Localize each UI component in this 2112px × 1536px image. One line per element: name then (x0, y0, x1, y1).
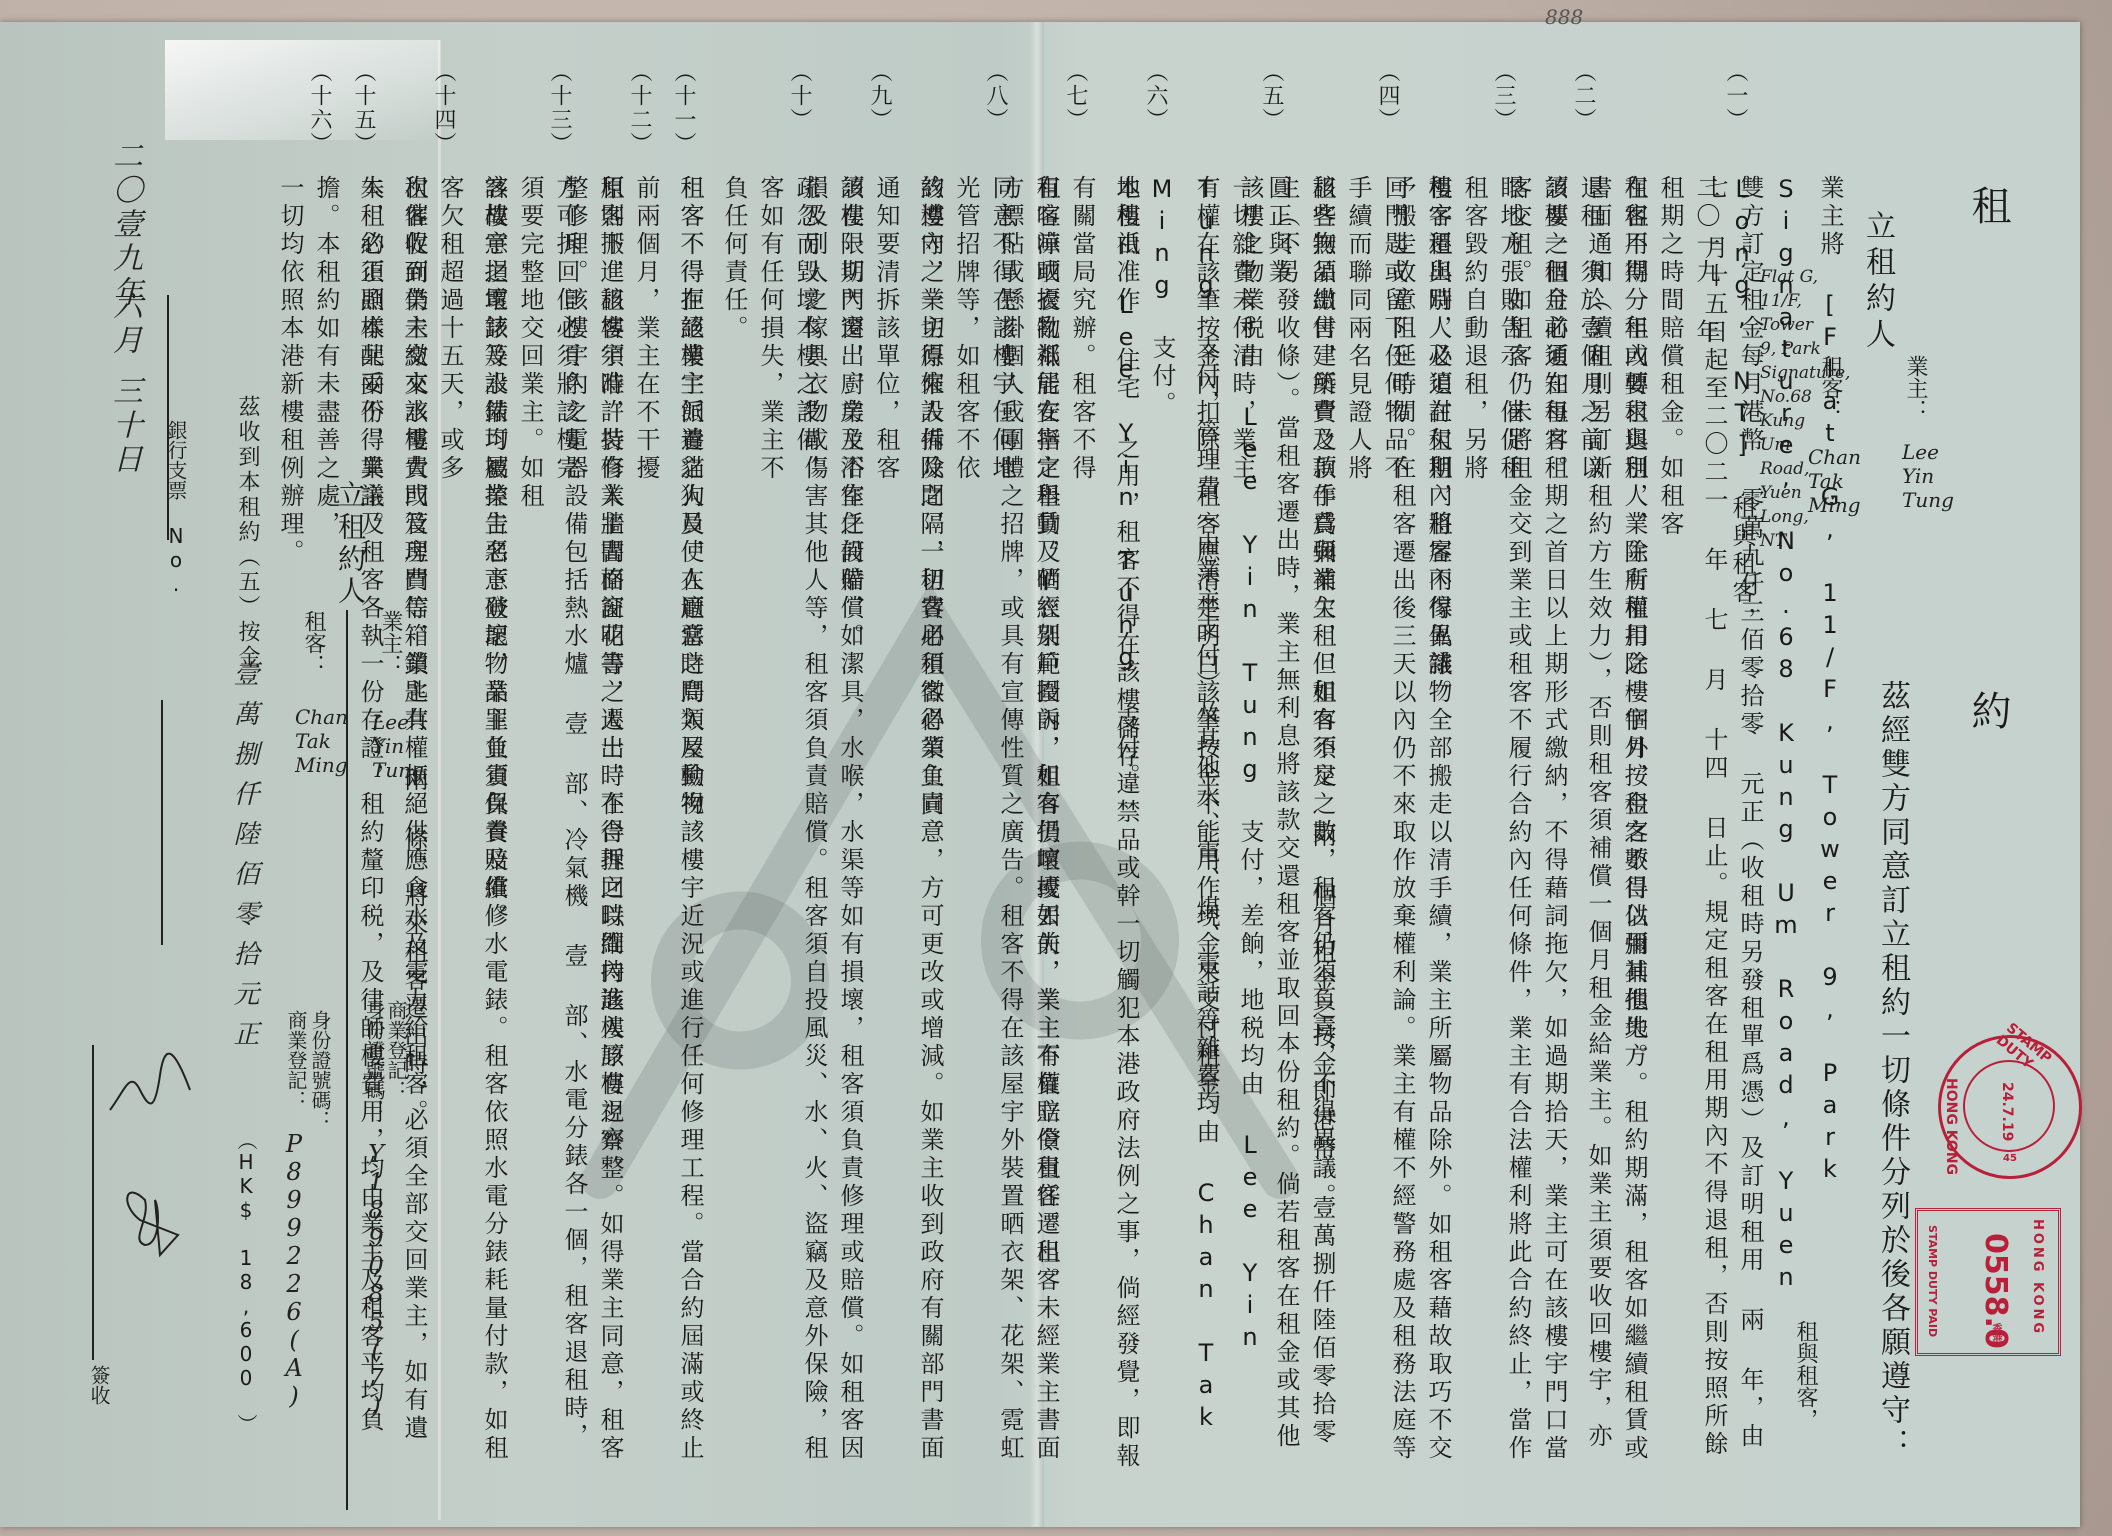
clause-number: （十四） (428, 60, 459, 156)
clause-number: （五） (1256, 60, 1287, 132)
clause-line: 予搬走故意阻延時間。在租客遷出後三天以內仍不來取作放棄權利論。業主有權不經警務處… (1336, 175, 1424, 1475)
stamp-box-chinese: 香港 (1988, 1323, 2003, 1343)
receipt-sign-label: 簽收 (85, 1365, 114, 1405)
clause-line: 該樓之物業税由 Lee Yin Tung 支付，差餉，地税均由 Lee Yin … (1140, 175, 1272, 1475)
stamp-round-code: 45 (2003, 1153, 2017, 1164)
clause-line: 租客不得拒絕業主派遣之人員，在適當時間入屋檢視該樓宇近況或進行任何修理工程。當合… (624, 175, 712, 1475)
parties-heading: 立租約人 (1855, 210, 1899, 354)
signatures-heading: 立租約人 (330, 480, 370, 608)
clause-line: 該樓宇之電錶及水錶均屬業主名下登記，業主負責保養及維修水電錶。租客依照水電分錶耗… (428, 175, 516, 1475)
clause-number: （十一） (668, 60, 699, 156)
date-day: 三十日 (102, 375, 146, 477)
glare (165, 40, 440, 140)
clause-number: （三） (1488, 60, 1519, 132)
stamp-box-side: STAMP DUTY PAID (1926, 1225, 1939, 1337)
clause-line: 整修理。該樓宇內之電器設備包括熱水爐 壹 部、冷氣機 壹 部、水電分錶各一個，租… (508, 175, 596, 1475)
clause-line: 七 月十五日起至二〇二一 年 七 月 十四 日止。規定租客在租用期內不得退租，否… (1648, 175, 1736, 1475)
sig-tenant-name: Chan Tak Ming (295, 705, 340, 777)
margin-note: 888 (1545, 5, 1583, 29)
clause-number: （十三） (544, 60, 575, 156)
clause-number: （一） (1720, 60, 1751, 132)
intro-statement: 茲經雙方同意訂立租約一切條件分列於後各願遵守： (1870, 680, 1914, 1462)
clause-number: （十二） (624, 60, 655, 156)
date-divider (167, 295, 169, 540)
sig-tenant-label: 租客： (298, 610, 329, 676)
clause-number: （七） (1060, 60, 1091, 132)
clause-number: （八） (980, 60, 1011, 132)
date-year: 二〇壹九年 (102, 140, 146, 310)
landlord-label: 業主： (1900, 355, 1931, 421)
receipt-sign-line (92, 1045, 94, 1360)
stamp-round-bottom: HONG KONG (1943, 1078, 1959, 1175)
document-title-char-2: 約 (1960, 690, 2017, 730)
clause-line: 負任何責任。 (712, 175, 756, 1475)
stamp-round-date: 24.7.19 (1999, 1082, 2015, 1141)
clause-number: （十） (784, 60, 815, 132)
landlord-name: Lee Yin Tung (1902, 440, 1942, 512)
clause-number: （二） (1568, 60, 1599, 132)
sig-tenant-id: P899226(A) (280, 1130, 308, 1410)
receipt-amount-hkd: （HK$ 18,600 ） (232, 1130, 261, 1434)
sig-landlord-name: Lee Yin Tung (372, 710, 412, 782)
clause-line: 該樓內之一切原來設備及間隔，租客必須徵得業主同意，方可更改或增減。如業主收到政府… (864, 175, 952, 1475)
sig-landlord-id: Y189085(7) (362, 1140, 390, 1420)
clause-number: （十五） (348, 60, 379, 156)
clause-number: （九） (864, 60, 895, 132)
receipt-text: 茲收到本租約（五）按金 (232, 395, 263, 670)
date-month: 六月 (102, 290, 146, 358)
clause-number: （十六） (304, 60, 335, 156)
clause-number: （六） (1140, 60, 1171, 132)
cheque-line (161, 700, 163, 945)
clause-line: 客交租。如租客仍未將租金交到業主或租客不履行合約內任何條件，業主有合法權利將此合… (1452, 175, 1540, 1475)
clause-line: 方標貼或懸掛個人或團體之招牌，或具有宣傳性質之廣告。租客不得在該屋宇外裝置晒衣架… (944, 175, 1032, 1475)
sig-tenant-br-label: 商業登記： (282, 1010, 311, 1110)
stamp-box-top: HONG KONG (2030, 1219, 2045, 1336)
clause-number: （四） (1372, 60, 1403, 132)
stamp-duty-round-stamp: STAMP DUTY HONG KONG 24.7.19 45 (1938, 1035, 2082, 1179)
stamp-duty-paid-box: HONG KONG 0558.0 STAMP DUTY PAID 香港 (1915, 1208, 2061, 1356)
signature-divider (346, 610, 348, 1510)
clause-line: 本樓祗准作 住宅 之用，租客不得在該樓儲存違禁品或幹一切觸犯本港政府法例之事，倘… (1060, 175, 1148, 1475)
clause-line: 損及別人之傢具衣物或傷害其他人等，租客須負責賠償。租客須自投風災、水、火、盜竊及… (748, 175, 836, 1475)
sig-landlord-label: 業主： (375, 610, 406, 676)
receipt-signature (100, 1030, 210, 1280)
sig-landlord-id-label: 身份證號碼： (360, 1000, 389, 1120)
receipt-amount-chinese: 壹萬捌仟陸佰零拾元正 (226, 660, 263, 1060)
document-title-char-1: 租 (1960, 185, 2017, 225)
